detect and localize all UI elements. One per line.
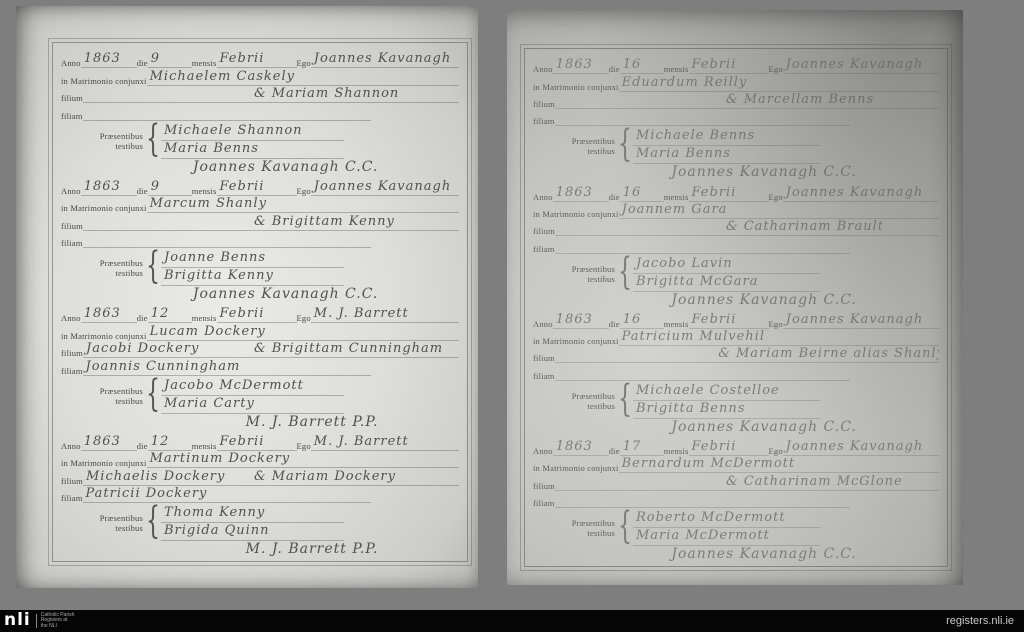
date-line: Anno 1863 die 9 mensis Febrii Ego Joanne… bbox=[61, 51, 459, 68]
signature-line: Joannes Kavanagh C.C. bbox=[61, 286, 459, 302]
label-ego: Ego bbox=[297, 186, 311, 196]
record-month: Febrii bbox=[217, 179, 297, 196]
label-praesentibus: Præsentibus bbox=[100, 386, 143, 396]
record-bride-father: Patricii Dockery bbox=[83, 486, 372, 503]
label-filium: filium bbox=[533, 481, 555, 491]
label-filiam: filiam bbox=[533, 498, 555, 508]
record-bride-father bbox=[83, 247, 372, 248]
record-groom-father: Jacobi Dockery bbox=[83, 341, 251, 358]
witness-names: Jacobo Lavin Brigitta McGara bbox=[633, 256, 820, 292]
record-day: 9 bbox=[148, 51, 192, 68]
record-signature: M. J. Barrett P.P. bbox=[243, 414, 384, 430]
label-mensis: mensis bbox=[664, 446, 689, 456]
marriage-record: Anno 1863 die 16 mensis Febrii Ego Joann… bbox=[533, 308, 939, 435]
record-witness2: Brigida Quinn bbox=[161, 523, 344, 541]
filium-line: filium & Mariam Shannon bbox=[61, 86, 459, 103]
label-anno: Anno bbox=[533, 319, 553, 329]
record-groom: Martinum Dockery bbox=[147, 451, 459, 468]
brace-glyph: { bbox=[146, 249, 160, 286]
groom-line: in Matrimonio conjunxi Martinum Dockery bbox=[61, 451, 459, 468]
groom-line: in Matrimonio conjunxi Joannem Gara bbox=[533, 202, 939, 219]
record-witness2: Maria Carty bbox=[161, 396, 344, 414]
record-bride-father bbox=[555, 253, 850, 254]
label-testibus: testibus bbox=[115, 523, 143, 533]
record-bride: & Brigittam Cunningham bbox=[251, 341, 459, 358]
label-anno: Anno bbox=[61, 441, 81, 451]
record-year: 1863 bbox=[553, 312, 609, 329]
filium-line: filium & Brigittam Kenny bbox=[61, 213, 459, 230]
label-praesentibus: Præsentibus bbox=[572, 136, 615, 146]
record-day: 16 bbox=[620, 185, 664, 202]
witnesses-label: Præsentibus testibus bbox=[87, 513, 143, 533]
date-line: Anno 1863 die 16 mensis Febrii Ego Joann… bbox=[533, 184, 939, 201]
label-testibus: testibus bbox=[587, 401, 615, 411]
label-conjunxi: in Matrimonio conjunxi bbox=[61, 203, 147, 213]
record-month: Febrii bbox=[689, 57, 769, 74]
watermark-bar: nli Catholic Parish Registers at the NLI… bbox=[0, 610, 1024, 632]
label-ego: Ego bbox=[769, 446, 783, 456]
record-bride-father bbox=[555, 380, 850, 381]
signature-line: Joannes Kavanagh C.C. bbox=[533, 164, 939, 180]
marriage-record: Anno 1863 die 16 mensis Febrii Ego Joann… bbox=[533, 53, 939, 180]
label-mensis: mensis bbox=[664, 319, 689, 329]
record-bride: & Catharinam McGlone bbox=[723, 474, 939, 491]
filiam-line: filiam Joannis Cunningham bbox=[61, 358, 459, 375]
witnesses-block: Præsentibus testibus { Thoma Kenny Brigi… bbox=[61, 505, 459, 541]
label-filium: filium bbox=[61, 476, 83, 486]
label-mensis: mensis bbox=[664, 64, 689, 74]
record-witness1: Roberto McDermott bbox=[633, 510, 820, 528]
label-anno: Anno bbox=[61, 313, 81, 323]
witnesses-block: Præsentibus testibus { Michaele Costello… bbox=[533, 383, 939, 419]
brace-glyph: { bbox=[618, 128, 632, 165]
record-witness1: Michaele Benns bbox=[633, 128, 820, 146]
record-witness2: Brigitta Benns bbox=[633, 401, 820, 419]
witnesses-label: Præsentibus testibus bbox=[559, 136, 615, 156]
witness-names: Thoma Kenny Brigida Quinn bbox=[161, 505, 344, 541]
record-month: Febrii bbox=[217, 434, 297, 451]
record-groom-father: Michaelis Dockery bbox=[83, 469, 251, 486]
record-groom: Eduardum Reilly bbox=[619, 75, 939, 92]
record-signature: M. J. Barrett P.P. bbox=[243, 541, 384, 557]
label-anno: Anno bbox=[533, 192, 553, 202]
record-witness2: Brigitta McGara bbox=[633, 274, 820, 292]
record-groom: Patricium Mulvehil bbox=[619, 329, 939, 346]
record-bride: & Marcellam Benns bbox=[723, 92, 939, 109]
witnesses-block: Præsentibus testibus { Joanne Benns Brig… bbox=[61, 250, 459, 286]
witness-names: Joanne Benns Brigitta Kenny bbox=[161, 250, 344, 286]
label-die: die bbox=[137, 58, 148, 68]
label-die: die bbox=[609, 446, 620, 456]
filiam-line: filiam bbox=[61, 103, 459, 120]
record-witness1: Michaele Costelloe bbox=[633, 383, 820, 401]
record-day: 12 bbox=[148, 306, 192, 323]
records-column: Anno 1863 die 9 mensis Febrii Ego Joanne… bbox=[61, 47, 459, 557]
marriage-record: Anno 1863 die 17 mensis Febrii Ego Joann… bbox=[533, 435, 939, 562]
label-praesentibus: Præsentibus bbox=[572, 391, 615, 401]
label-filiam: filiam bbox=[61, 493, 83, 503]
label-testibus: testibus bbox=[587, 528, 615, 538]
date-line: Anno 1863 die 17 mensis Febrii Ego Joann… bbox=[533, 439, 939, 456]
page-frame: Anno 1863 die 16 mensis Febrii Ego Joann… bbox=[524, 48, 948, 567]
record-groom: Michaelem Caskely bbox=[147, 69, 459, 86]
label-filium: filium bbox=[533, 99, 555, 109]
label-filium: filium bbox=[533, 226, 555, 236]
record-groom: Bernardum McDermott bbox=[619, 456, 939, 473]
filiam-line: filiam bbox=[61, 231, 459, 248]
record-bride-father bbox=[555, 125, 850, 126]
record-bride: & Mariam Dockery bbox=[251, 469, 459, 486]
brace-glyph: { bbox=[618, 382, 632, 419]
label-ego: Ego bbox=[297, 313, 311, 323]
filium-line: filium Michaelis Dockery & Mariam Docker… bbox=[61, 468, 459, 485]
label-conjunxi: in Matrimonio conjunxi bbox=[61, 458, 147, 468]
record-groom: Joannem Gara bbox=[619, 202, 939, 219]
date-line: Anno 1863 die 12 mensis Febrii Ego M. J.… bbox=[61, 434, 459, 451]
label-conjunxi: in Matrimonio conjunxi bbox=[533, 336, 619, 346]
filium-line: filium & Catharinam McGlone bbox=[533, 473, 939, 490]
record-year: 1863 bbox=[553, 185, 609, 202]
witnesses-label: Præsentibus testibus bbox=[87, 258, 143, 278]
record-month: Febrii bbox=[689, 439, 769, 456]
record-year: 1863 bbox=[81, 51, 137, 68]
record-priest: Joannes Kavanagh bbox=[783, 57, 939, 74]
signature-line: M. J. Barrett P.P. bbox=[61, 414, 459, 430]
label-testibus: testibus bbox=[115, 396, 143, 406]
groom-line: in Matrimonio conjunxi Eduardum Reilly bbox=[533, 74, 939, 91]
record-day: 16 bbox=[620, 312, 664, 329]
record-year: 1863 bbox=[81, 434, 137, 451]
label-conjunxi: in Matrimonio conjunxi bbox=[533, 463, 619, 473]
nli-caption: Catholic Parish Registers at the NLI bbox=[41, 613, 75, 630]
filiam-line: filiam bbox=[533, 491, 939, 508]
record-signature: Joannes Kavanagh C.C. bbox=[668, 546, 862, 562]
record-witness1: Joanne Benns bbox=[161, 250, 344, 268]
label-filium: filium bbox=[61, 221, 83, 231]
record-year: 1863 bbox=[81, 306, 137, 323]
signature-line: Joannes Kavanagh C.C. bbox=[533, 546, 939, 562]
record-year: 1863 bbox=[553, 439, 609, 456]
record-priest: Joannes Kavanagh bbox=[311, 51, 459, 68]
record-priest: Joannes Kavanagh bbox=[783, 312, 939, 329]
brace-glyph: { bbox=[146, 122, 160, 159]
label-praesentibus: Præsentibus bbox=[100, 131, 143, 141]
filium-line: filium & Catharinam Brault bbox=[533, 219, 939, 236]
record-witness1: Jacobo Lavin bbox=[633, 256, 820, 274]
label-filiam: filiam bbox=[61, 111, 83, 121]
label-conjunxi: in Matrimonio conjunxi bbox=[61, 331, 147, 341]
witnesses-block: Præsentibus testibus { Michaele Shannon … bbox=[61, 123, 459, 159]
date-line: Anno 1863 die 16 mensis Febrii Ego Joann… bbox=[533, 57, 939, 74]
record-year: 1863 bbox=[81, 179, 137, 196]
label-praesentibus: Præsentibus bbox=[100, 258, 143, 268]
label-mensis: mensis bbox=[192, 441, 217, 451]
filium-line: filium & Mariam Beirne alias Shanly bbox=[533, 346, 939, 363]
label-filium: filium bbox=[61, 93, 83, 103]
witnesses-block: Præsentibus testibus { Michaele Benns Ma… bbox=[533, 128, 939, 164]
record-bride: & Mariam Shannon bbox=[251, 86, 459, 103]
record-witness1: Thoma Kenny bbox=[161, 505, 344, 523]
brace-glyph: { bbox=[618, 509, 632, 546]
groom-line: in Matrimonio conjunxi Michaelem Caskely bbox=[61, 68, 459, 85]
witnesses-label: Præsentibus testibus bbox=[559, 264, 615, 284]
label-filiam: filiam bbox=[61, 238, 83, 248]
record-witness2: Brigitta Kenny bbox=[161, 268, 344, 286]
date-line: Anno 1863 die 12 mensis Febrii Ego M. J.… bbox=[61, 306, 459, 323]
record-bride-father bbox=[555, 507, 850, 508]
label-filiam: filiam bbox=[533, 116, 555, 126]
record-priest: M. J. Barrett bbox=[311, 434, 459, 451]
witness-names: Michaele Shannon Maria Benns bbox=[161, 123, 344, 159]
witnesses-label: Præsentibus testibus bbox=[559, 391, 615, 411]
witness-names: Jacobo McDermott Maria Carty bbox=[161, 378, 344, 414]
marriage-record: Anno 1863 die 9 mensis Febrii Ego Joanne… bbox=[61, 47, 459, 175]
record-witness2: Maria McDermott bbox=[633, 528, 820, 546]
label-die: die bbox=[609, 192, 620, 202]
label-mensis: mensis bbox=[192, 186, 217, 196]
record-witness1: Jacobo McDermott bbox=[161, 378, 344, 396]
groom-line: in Matrimonio conjunxi Bernardum McDermo… bbox=[533, 456, 939, 473]
label-mensis: mensis bbox=[664, 192, 689, 202]
marriage-record: Anno 1863 die 12 mensis Febrii Ego M. J.… bbox=[61, 430, 459, 558]
filiam-line: filiam Patricii Dockery bbox=[61, 486, 459, 503]
label-anno: Anno bbox=[61, 58, 81, 68]
label-die: die bbox=[609, 64, 620, 74]
record-witness1: Michaele Shannon bbox=[161, 123, 344, 141]
record-bride-father bbox=[83, 120, 372, 121]
groom-line: in Matrimonio conjunxi Patricium Mulvehi… bbox=[533, 329, 939, 346]
record-signature: Joannes Kavanagh C.C. bbox=[190, 159, 384, 175]
record-month: Febrii bbox=[217, 51, 297, 68]
label-praesentibus: Præsentibus bbox=[572, 518, 615, 528]
label-testibus: testibus bbox=[587, 146, 615, 156]
record-month: Febrii bbox=[689, 312, 769, 329]
date-line: Anno 1863 die 16 mensis Febrii Ego Joann… bbox=[533, 312, 939, 329]
marriage-record: Anno 1863 die 12 mensis Febrii Ego M. J.… bbox=[61, 302, 459, 430]
signature-line: Joannes Kavanagh C.C. bbox=[533, 292, 939, 308]
record-day: 9 bbox=[148, 179, 192, 196]
register-page-left: Anno 1863 die 9 mensis Febrii Ego Joanne… bbox=[16, 6, 478, 588]
record-signature: Joannes Kavanagh C.C. bbox=[190, 286, 384, 302]
filium-line: filium Jacobi Dockery & Brigittam Cunnin… bbox=[61, 341, 459, 358]
label-filiam: filiam bbox=[533, 371, 555, 381]
record-month: Febrii bbox=[217, 306, 297, 323]
label-anno: Anno bbox=[533, 64, 553, 74]
label-ego: Ego bbox=[769, 64, 783, 74]
site-url: registers.nli.ie bbox=[946, 615, 1014, 627]
record-bride: & Brigittam Kenny bbox=[251, 214, 459, 231]
logo-divider bbox=[36, 614, 37, 628]
label-filiam: filiam bbox=[61, 366, 83, 376]
signature-line: Joannes Kavanagh C.C. bbox=[61, 159, 459, 175]
label-die: die bbox=[137, 313, 148, 323]
marriage-record: Anno 1863 die 16 mensis Febrii Ego Joann… bbox=[533, 180, 939, 307]
label-filium: filium bbox=[61, 348, 83, 358]
nli-logo: nli bbox=[0, 610, 36, 632]
record-day: 17 bbox=[620, 439, 664, 456]
witnesses-label: Præsentibus testibus bbox=[87, 131, 143, 151]
label-testibus: testibus bbox=[587, 274, 615, 284]
filiam-line: filiam bbox=[533, 236, 939, 253]
date-line: Anno 1863 die 9 mensis Febrii Ego Joanne… bbox=[61, 179, 459, 196]
label-die: die bbox=[137, 441, 148, 451]
label-praesentibus: Præsentibus bbox=[100, 513, 143, 523]
record-signature: Joannes Kavanagh C.C. bbox=[668, 419, 862, 435]
signature-line: Joannes Kavanagh C.C. bbox=[533, 419, 939, 435]
label-die: die bbox=[137, 186, 148, 196]
label-filiam: filiam bbox=[533, 244, 555, 254]
label-mensis: mensis bbox=[192, 58, 217, 68]
records-column: Anno 1863 die 16 mensis Febrii Ego Joann… bbox=[533, 53, 939, 562]
record-bride-father: Joannis Cunningham bbox=[83, 359, 372, 376]
label-anno: Anno bbox=[61, 186, 81, 196]
label-conjunxi: in Matrimonio conjunxi bbox=[61, 76, 147, 86]
label-die: die bbox=[609, 319, 620, 329]
label-ego: Ego bbox=[769, 192, 783, 202]
label-mensis: mensis bbox=[192, 313, 217, 323]
witnesses-label: Præsentibus testibus bbox=[559, 518, 615, 538]
brace-glyph: { bbox=[146, 377, 160, 414]
label-ego: Ego bbox=[297, 441, 311, 451]
record-bride: & Mariam Beirne alias Shanly bbox=[715, 346, 939, 363]
record-groom: Lucam Dockery bbox=[147, 324, 459, 341]
witness-names: Michaele Benns Maria Benns bbox=[633, 128, 820, 164]
witnesses-block: Præsentibus testibus { Jacobo Lavin Brig… bbox=[533, 256, 939, 292]
witness-names: Roberto McDermott Maria McDermott bbox=[633, 510, 820, 546]
record-day: 16 bbox=[620, 57, 664, 74]
witnesses-label: Præsentibus testibus bbox=[87, 386, 143, 406]
marriage-record: Anno 1863 die 9 mensis Febrii Ego Joanne… bbox=[61, 175, 459, 303]
filiam-line: filiam bbox=[533, 109, 939, 126]
record-year: 1863 bbox=[553, 57, 609, 74]
record-witness2: Maria Benns bbox=[161, 141, 344, 159]
label-anno: Anno bbox=[533, 446, 553, 456]
record-priest: M. J. Barrett bbox=[311, 306, 459, 323]
nli-caption-line: the NLI bbox=[41, 624, 75, 630]
record-month: Febrii bbox=[689, 185, 769, 202]
brace-glyph: { bbox=[146, 504, 160, 541]
label-conjunxi: in Matrimonio conjunxi bbox=[533, 209, 619, 219]
record-bride: & Catharinam Brault bbox=[723, 219, 939, 236]
register-page-right: Anno 1863 die 16 mensis Febrii Ego Joann… bbox=[507, 10, 963, 585]
record-signature: Joannes Kavanagh C.C. bbox=[668, 164, 862, 180]
label-conjunxi: in Matrimonio conjunxi bbox=[533, 82, 619, 92]
witnesses-block: Præsentibus testibus { Roberto McDermott… bbox=[533, 510, 939, 546]
record-priest: Joannes Kavanagh bbox=[311, 179, 459, 196]
record-groom: Marcum Shanly bbox=[147, 196, 459, 213]
label-ego: Ego bbox=[297, 58, 311, 68]
label-ego: Ego bbox=[769, 319, 783, 329]
record-priest: Joannes Kavanagh bbox=[783, 185, 939, 202]
witnesses-block: Præsentibus testibus { Jacobo McDermott … bbox=[61, 378, 459, 414]
filium-line: filium & Marcellam Benns bbox=[533, 92, 939, 109]
record-day: 12 bbox=[148, 434, 192, 451]
signature-line: M. J. Barrett P.P. bbox=[61, 541, 459, 557]
groom-line: in Matrimonio conjunxi Marcum Shanly bbox=[61, 196, 459, 213]
label-testibus: testibus bbox=[115, 268, 143, 278]
filiam-line: filiam bbox=[533, 363, 939, 380]
label-testibus: testibus bbox=[115, 141, 143, 151]
groom-line: in Matrimonio conjunxi Lucam Dockery bbox=[61, 323, 459, 340]
page-frame: Anno 1863 die 9 mensis Febrii Ego Joanne… bbox=[52, 42, 468, 562]
brace-glyph: { bbox=[618, 255, 632, 292]
witness-names: Michaele Costelloe Brigitta Benns bbox=[633, 383, 820, 419]
record-signature: Joannes Kavanagh C.C. bbox=[668, 292, 862, 308]
record-priest: Joannes Kavanagh bbox=[783, 439, 939, 456]
label-filium: filium bbox=[533, 353, 555, 363]
label-praesentibus: Præsentibus bbox=[572, 264, 615, 274]
record-witness2: Maria Benns bbox=[633, 146, 820, 164]
